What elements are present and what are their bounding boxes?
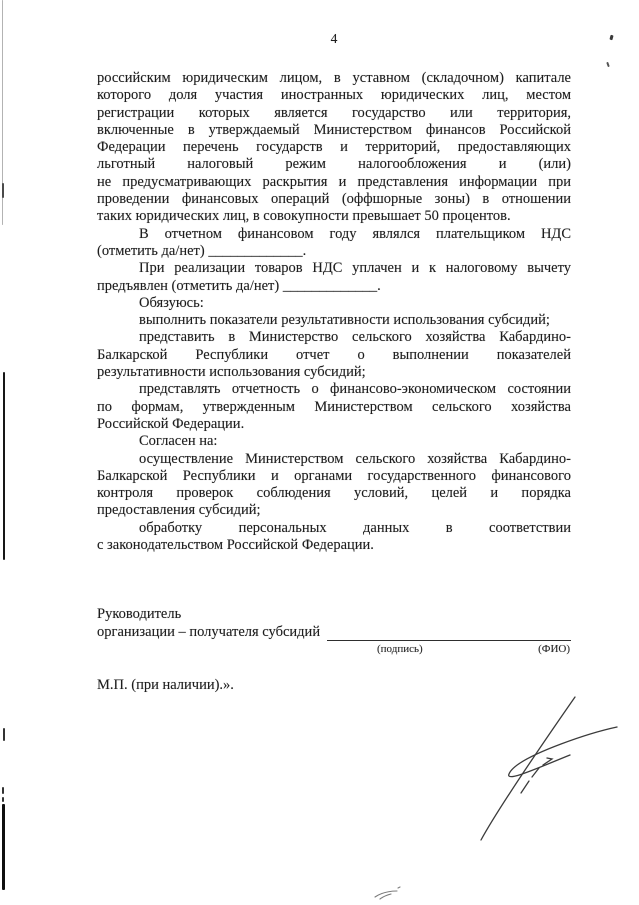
scan-artifact-left-edge-line [2,804,5,890]
signature-captions-row: (подпись) (ФИО) [97,641,571,656]
text-line: представлять отчетность о финансово-экон… [97,381,571,398]
text-line: не предусматривающих раскрытия и предста… [97,174,571,191]
text-line: В отчетном финансовом году являлся плате… [97,226,571,243]
text-line: проведении финансовых операций (оффшорны… [97,191,571,208]
text-line: Федерации перечень государств и территор… [97,139,571,156]
page-number: 4 [97,31,571,47]
text-line: по формам, утвержденным Министерством се… [97,399,571,416]
signature-blank-line [327,625,571,641]
signature-block: Руководитель организации – получателя су… [97,606,571,695]
text-line: таких юридических лиц, в совокупности пр… [97,208,571,225]
signatory-role-line1: Руководитель [97,606,571,624]
scan-artifact-speck [606,62,610,67]
text-line: Балкарской Республики отчет о выполнении… [97,347,571,364]
document-body: российским юридическим лицом, в уставном… [97,70,571,554]
name-caption: (ФИО) [538,641,570,659]
text-line-with-blank: предъявлен (отметить да/нет) ___________… [97,278,571,295]
text-line: осуществление Министерством сельского хо… [97,451,571,468]
text-line: Балкарской Республики и органами государ… [97,468,571,485]
text-line: включенные в утверждаемый Министерством … [97,122,571,139]
text-line: льготный налоговый режим налогообложения… [97,156,571,173]
text-line: с законодательством Российской Федерации… [97,537,571,554]
text-line: представить в Министерство сельского хоз… [97,329,571,346]
signatory-role-line2: организации – получателя субсидий [97,624,320,642]
document-page: 4 российским юридическим лицом, в уставн… [0,0,639,905]
text-line: результативности использования субсидий; [97,364,571,381]
text-line: предоставления субсидий; [97,502,571,519]
scan-artifact-left-edge-dash [3,728,5,741]
text-line: обработку персональных данных в соответс… [97,520,571,537]
text-line-with-blank: (отметить да/нет) _____________. [97,243,571,260]
scan-artifact-left-edge-dash [2,797,4,802]
handwritten-signature [425,685,625,855]
text-line: регистрации которых является государство… [97,105,571,122]
scan-artifact-speck [609,35,613,41]
signature-caption: (подпись) [377,641,423,659]
scan-artifact-left-edge-line [3,372,5,560]
text-line: Согласен на: [97,433,571,450]
text-line: которого доля участия иностранных юридич… [97,87,571,104]
text-line: При реализации товаров НДС уплачен и к н… [97,260,571,277]
text-line: Российской Федерации. [97,416,571,433]
scan-smudge [371,883,407,905]
text-line: российским юридическим лицом, в уставном… [97,70,571,87]
scan-artifact-left-edge-dash [2,787,4,794]
text-line: контроля проверок соблюдения условий, це… [97,485,571,502]
scan-artifact-left-edge-mark [2,183,4,198]
text-line: Обязуюсь: [97,295,571,312]
text-line: выполнить показатели результативности ис… [97,312,571,329]
